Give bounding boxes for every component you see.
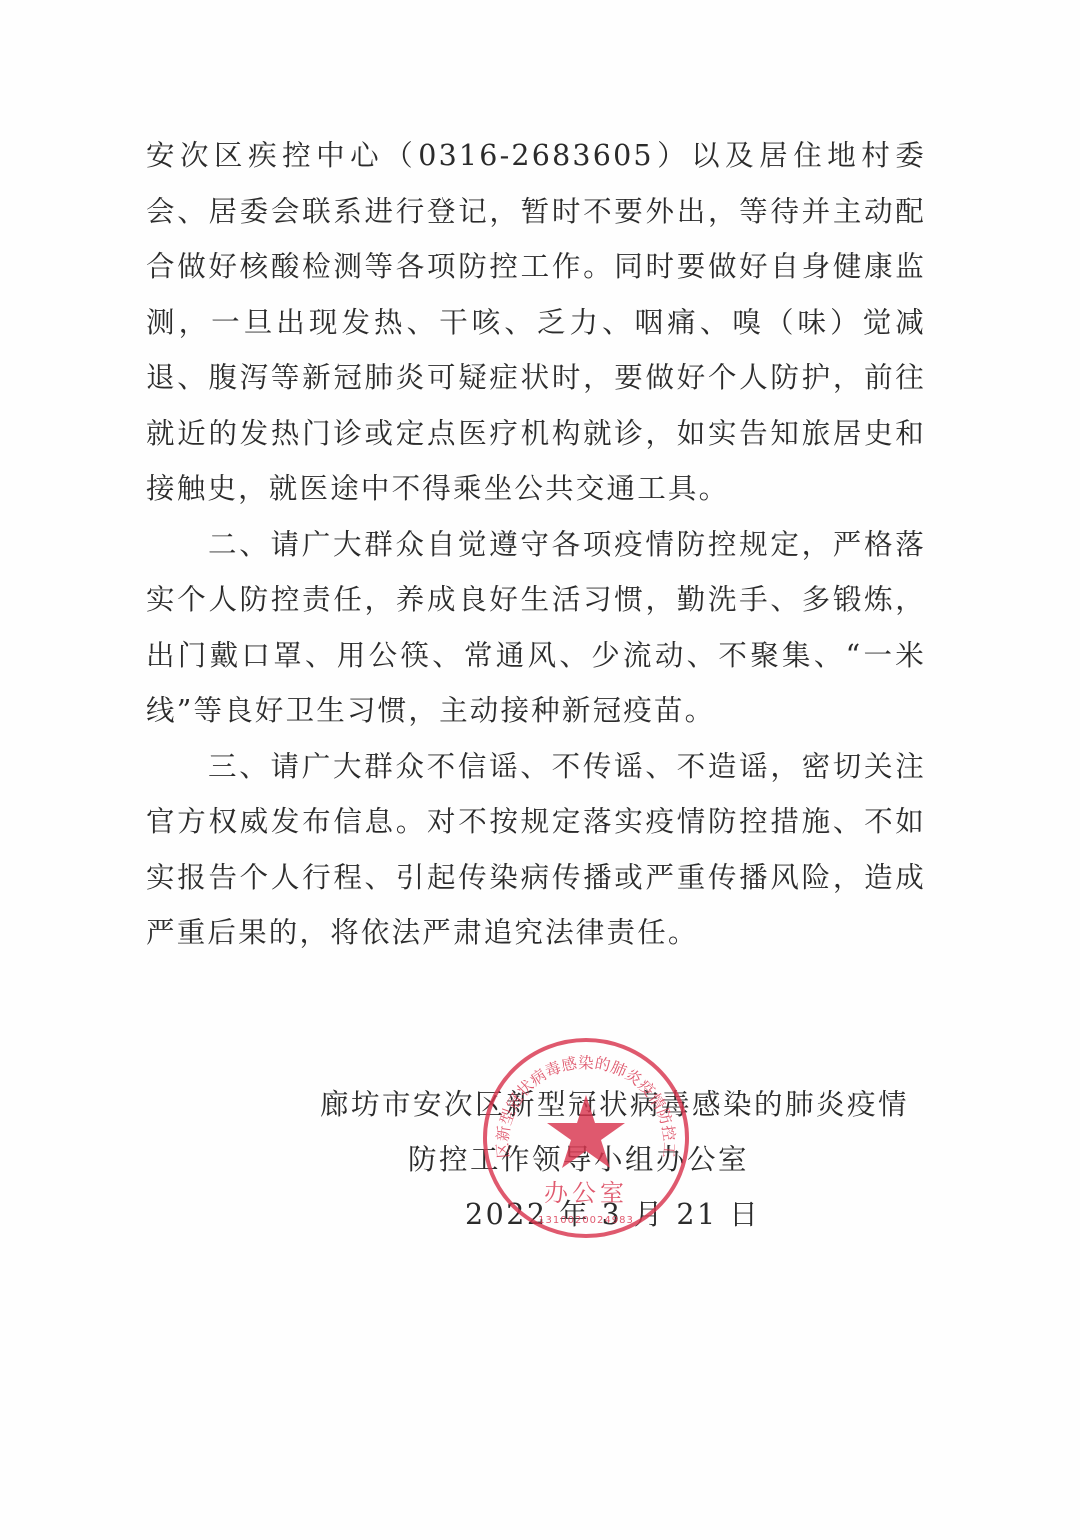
document-page: 安次区疾控中心（0316-2683605）以及居住地村委会、居委会联系进行登记，… (0, 0, 1080, 1540)
paragraph-3: 三、请广大群众不信谣、不传谣、不造谣，密切关注官方权威发布信息。对不按规定落实疫… (146, 739, 926, 961)
paragraph-1-continued: 安次区疾控中心（0316-2683605）以及居住地村委会、居委会联系进行登记，… (146, 128, 926, 517)
paragraph-2: 二、请广大群众自觉遵守各项疫情防控规定，严格落实个人防控责任，养成良好生活习惯，… (146, 517, 926, 739)
issuer-line-1: 廊坊市安次区新型冠状病毒感染的肺炎疫情 (310, 1077, 910, 1132)
document-body: 安次区疾控中心（0316-2683605）以及居住地村委会、居委会联系进行登记，… (146, 128, 926, 961)
issue-date: 2022 年 3 月 21 日 (310, 1187, 910, 1242)
issuer-line-2: 防控工作领导小组办公室 (310, 1132, 910, 1187)
signature-block: 廊坊市安次区新型冠状病毒感染的肺炎疫情 防控工作领导小组办公室 2022 年 3… (310, 1077, 910, 1242)
